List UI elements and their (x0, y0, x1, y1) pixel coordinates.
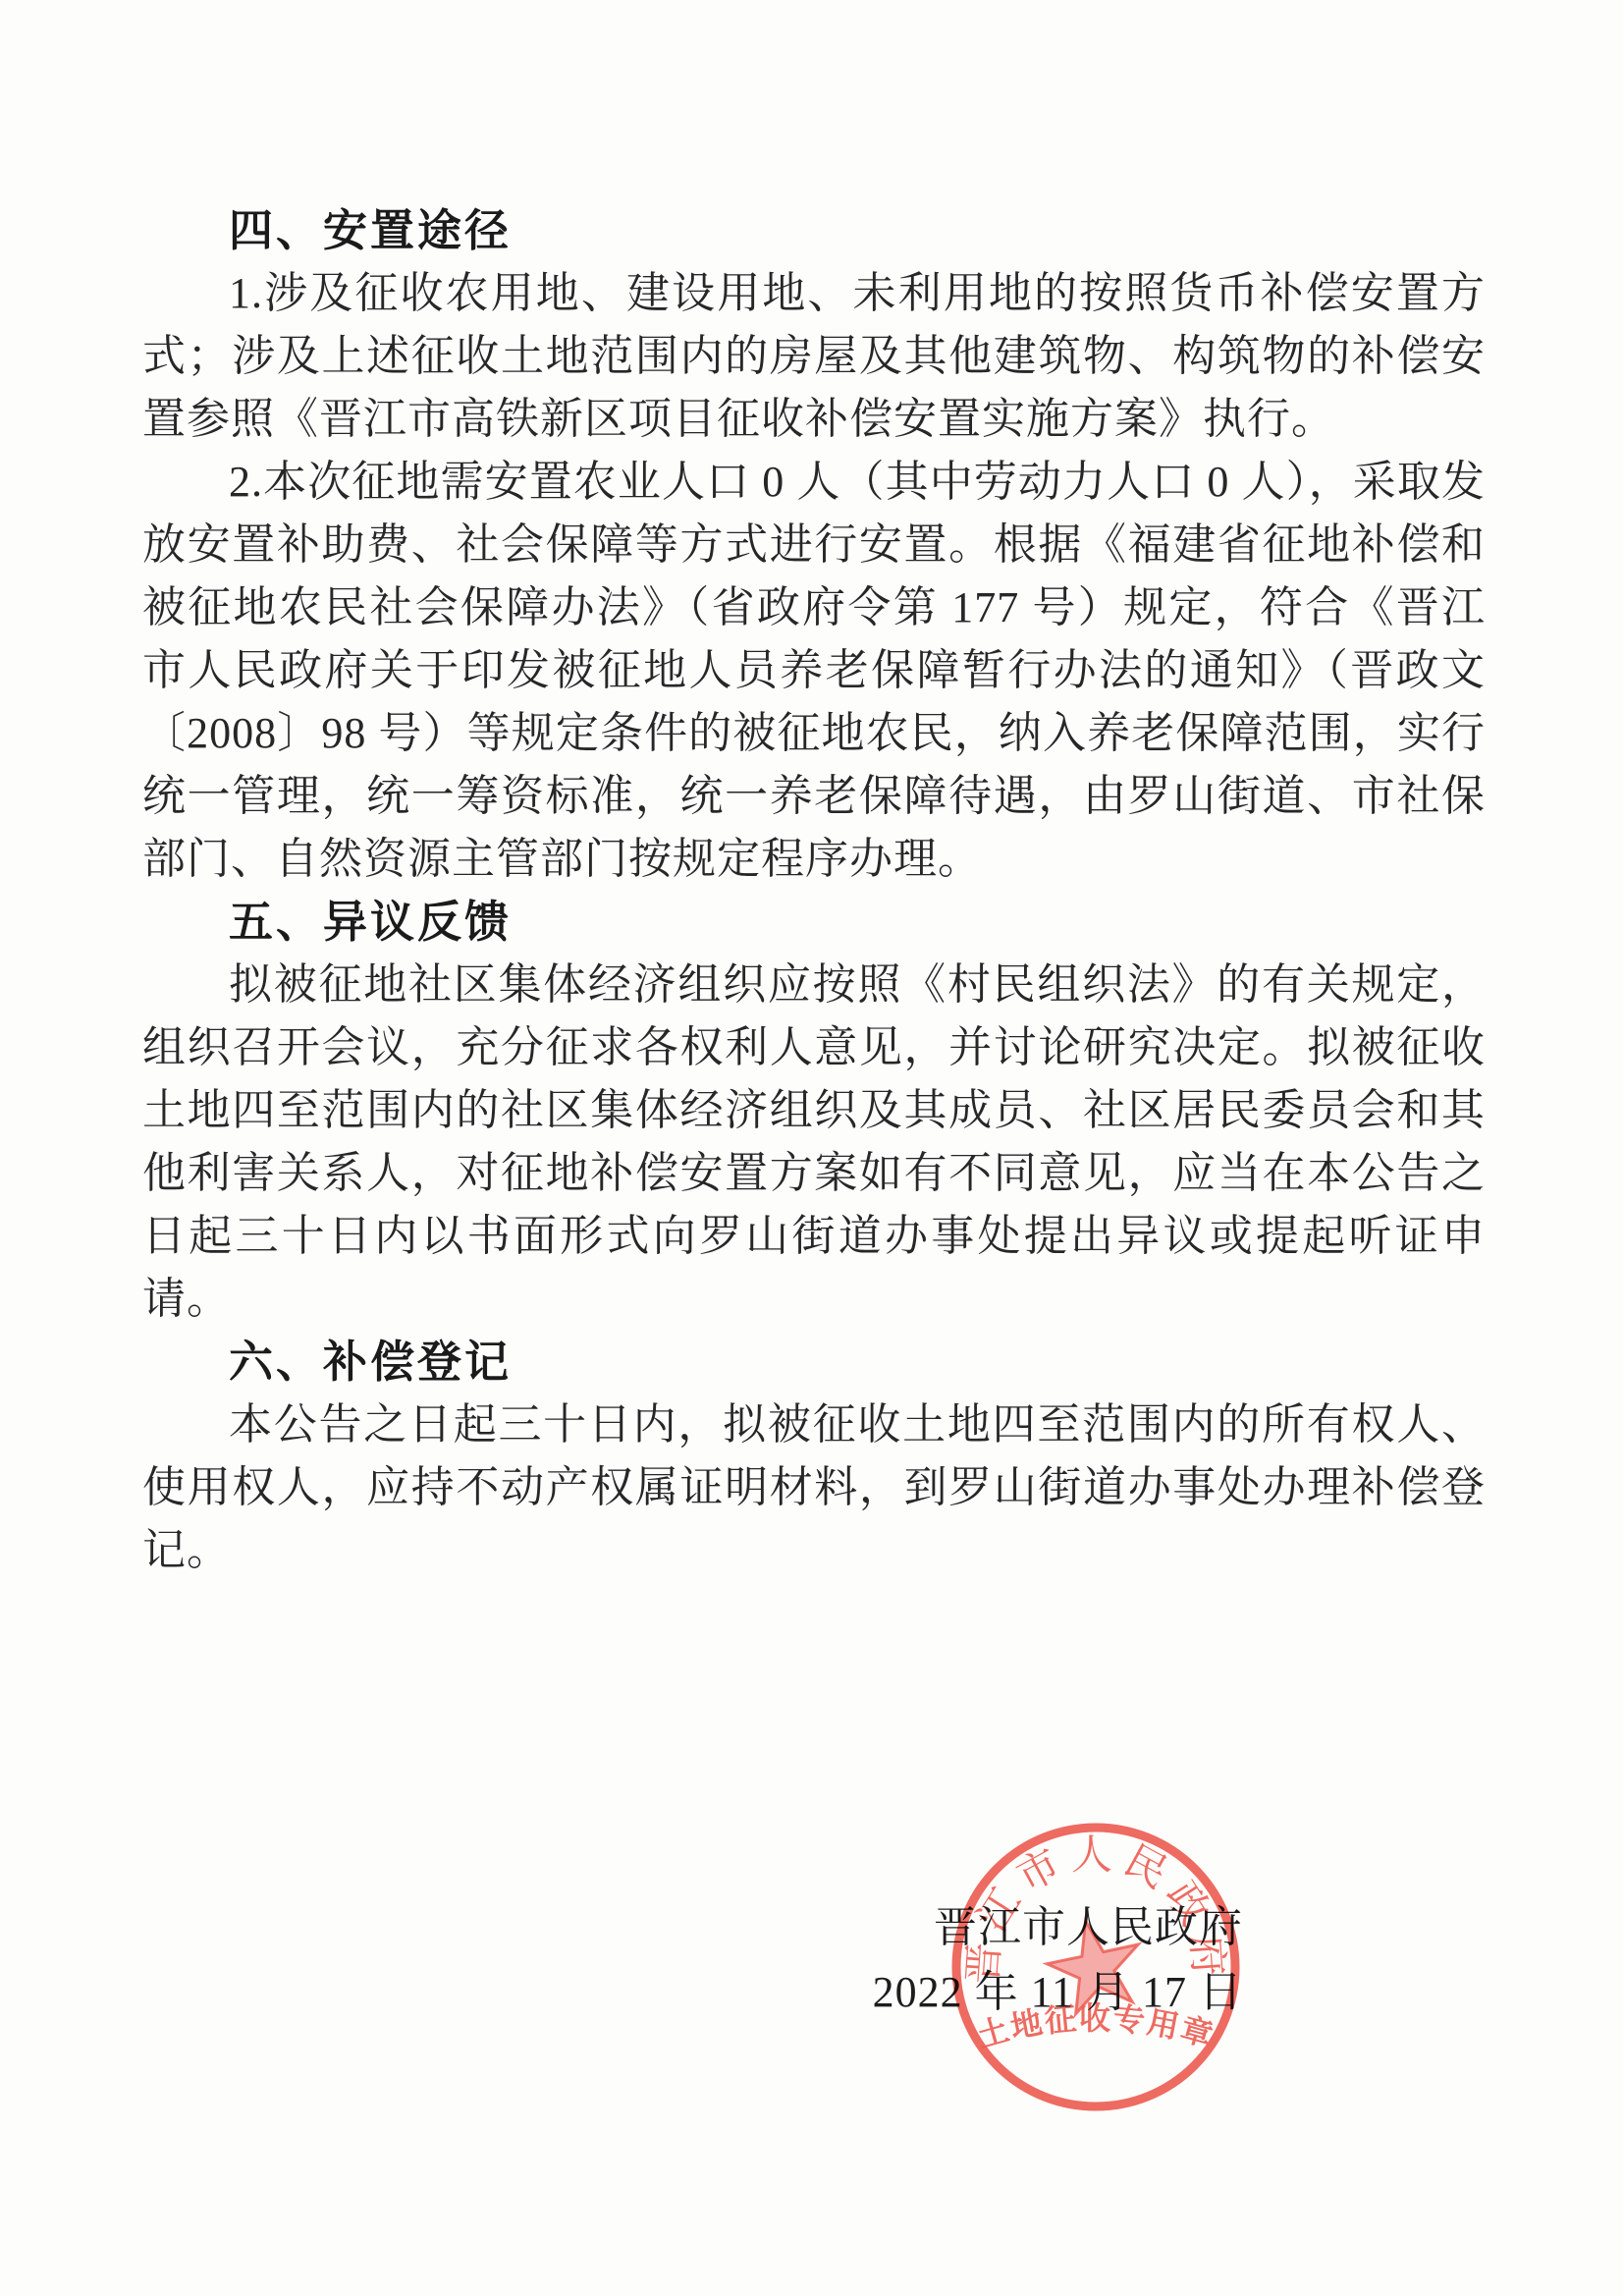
seal-bottom-text: 土地征收专用章 (973, 2000, 1218, 2054)
paragraph: 1.涉及征收农用地、建设用地、未利用地的按照货币补偿安置方式；涉及上述征收土地范… (142, 262, 1486, 451)
section-heading-resettlement: 四、安置途径 (142, 199, 1486, 262)
document-body: 四、安置途径 1.涉及征收农用地、建设用地、未利用地的按照货币补偿安置方式；涉及… (142, 199, 1486, 1582)
section-heading-objection-feedback: 五、异议反馈 (142, 891, 1486, 954)
paragraph: 2.本次征地需安置农业人口 0 人（其中劳动力人口 0 人），采取发放安置补助费… (142, 451, 1486, 891)
paragraph: 本公告之日起三十日内，拟被征收土地四至范围内的所有权人、使用权人，应持不动产权属… (142, 1394, 1486, 1582)
paragraph: 拟被征地社区集体经济组织应按照《村民组织法》的有关规定，组织召开会议，充分征求各… (142, 954, 1486, 1331)
announcement-page: 四、安置途径 1.涉及征收农用地、建设用地、未利用地的按照货币补偿安置方式；涉及… (0, 0, 1623, 2296)
official-seal-graphic: 晋江市人民政府 土地征收专用章 (938, 1809, 1254, 2125)
official-seal: 晋江市人民政府 土地征收专用章 (938, 1809, 1254, 2125)
section-heading-compensation-registration: 六、补偿登记 (142, 1331, 1486, 1394)
svg-text:土地征收专用章: 土地征收专用章 (973, 2000, 1218, 2054)
